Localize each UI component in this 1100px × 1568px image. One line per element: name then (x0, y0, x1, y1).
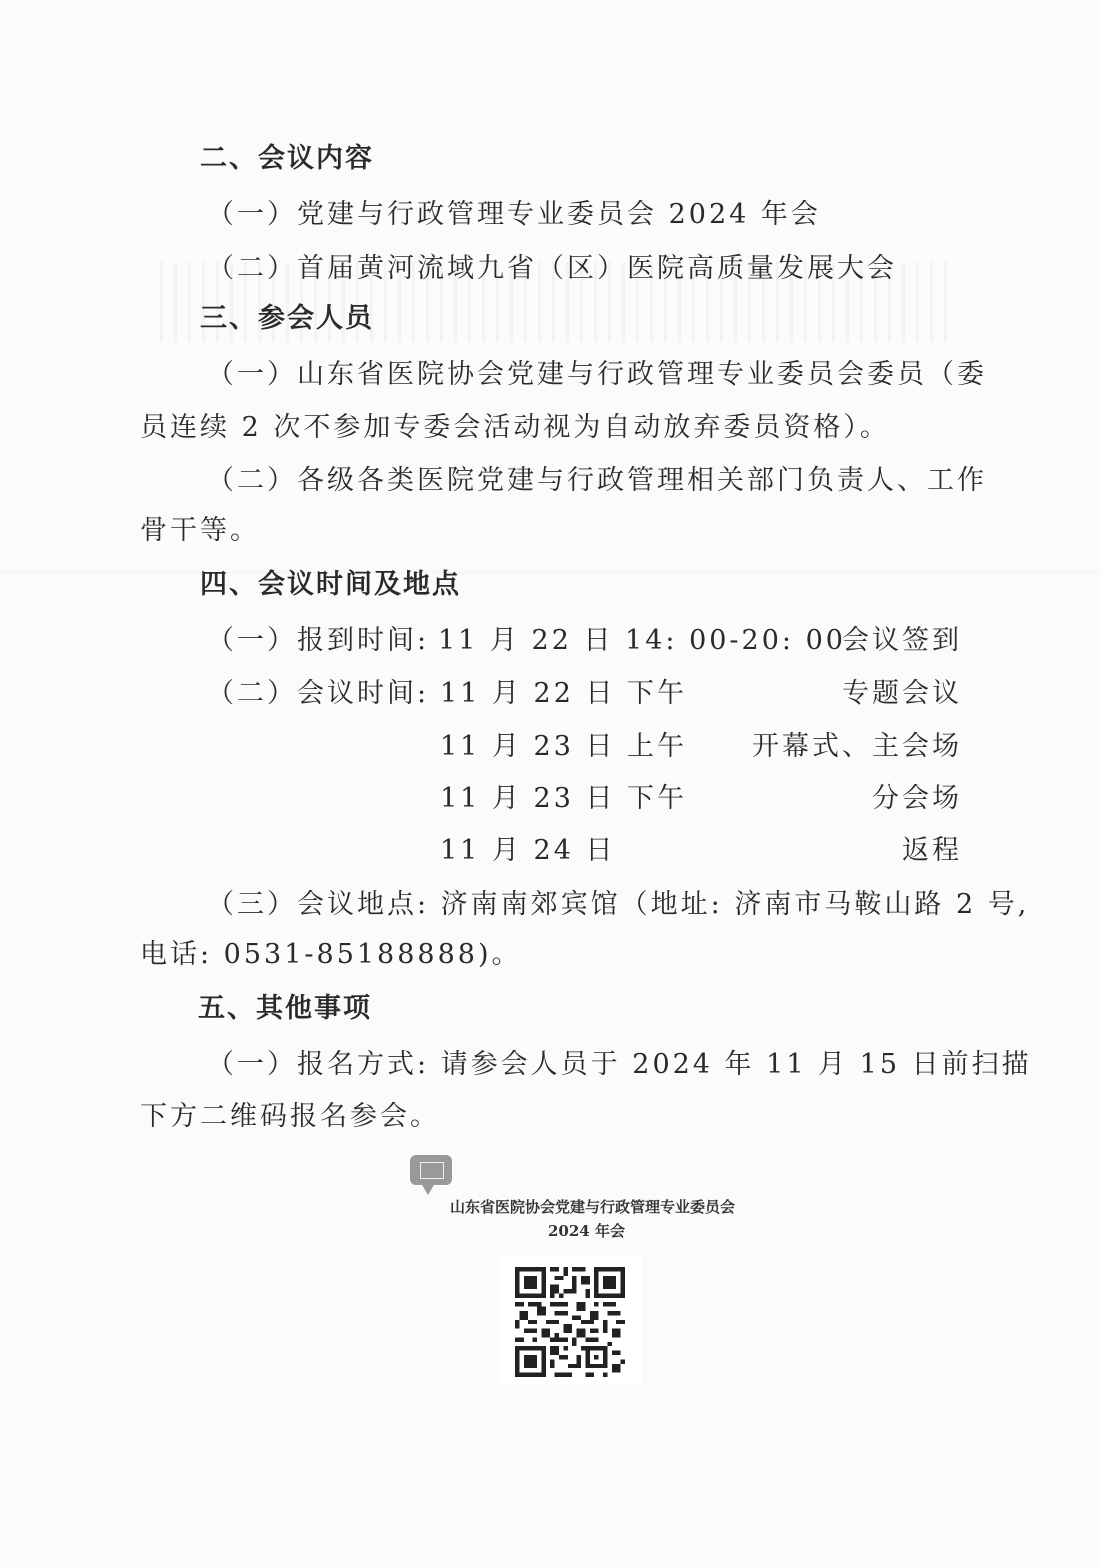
registration-line-2: 下方二维码报名参会。 (140, 1094, 440, 1133)
content-item-1: （一）党建与行政管理专业委员会 2024 年会 (207, 192, 821, 231)
schedule-activity-1: 专题会议 (842, 671, 962, 710)
attendee-item-1a: （一）山东省医院协会党建与行政管理专业委员会委员（委 (207, 352, 987, 391)
schedule-activity-checkin: 会议签到 (842, 618, 962, 657)
schedule-time-2: 11 月 23 日 上午 (440, 724, 687, 763)
schedule-label-meeting: （二）会议时间: (207, 671, 429, 710)
attendee-item-2a: （二）各级各类医院党建与行政管理相关部门负责人、工作 (207, 458, 987, 497)
scan-artifact (0, 572, 1100, 573)
schedule-activity-4: 返程 (902, 828, 962, 867)
venue-line-2: 电话: 0531-85188888)。 (140, 932, 521, 971)
qr-title: 山东省医院协会党建与行政管理专业委员会 (450, 1196, 735, 1217)
schedule-time-1: 11 月 22 日 下午 (440, 671, 687, 710)
schedule-time-3: 11 月 23 日 下午 (440, 776, 687, 815)
venue-line-1: （三）会议地点: 济南南郊宾馆（地址: 济南市马鞍山路 2 号, (207, 882, 1029, 921)
schedule-label-checkin: （一）报到时间: (207, 618, 429, 657)
registration-line-1: （一）报名方式: 请参会人员于 2024 年 11 月 15 日前扫描 (207, 1042, 1032, 1081)
schedule-activity-3: 分会场 (872, 776, 962, 815)
qr-subtitle: 2024 年会 (548, 1220, 625, 1241)
section-heading-time-place: 四、会议时间及地点 (200, 562, 461, 601)
section-heading-attendees: 三、参会人员 (200, 296, 374, 335)
qr-code[interactable] (513, 1267, 627, 1377)
section-heading-content: 二、会议内容 (200, 136, 374, 175)
attendee-item-2b: 骨干等。 (140, 508, 260, 547)
content-item-2: （二）首届黄河流域九省（区）医院高质量发展大会 (207, 246, 897, 285)
schedule-activity-2: 开幕式、主会场 (752, 724, 962, 763)
section-heading-other: 五、其他事项 (198, 986, 372, 1025)
schedule-time-checkin: 11 月 22 日 14: 00-20: 00 (438, 618, 846, 657)
attendee-item-1b: 员连续 2 次不参加专委会活动视为自动放弃委员资格）。 (140, 405, 890, 444)
schedule-time-4: 11 月 24 日 (440, 828, 615, 867)
message-icon (410, 1155, 452, 1185)
